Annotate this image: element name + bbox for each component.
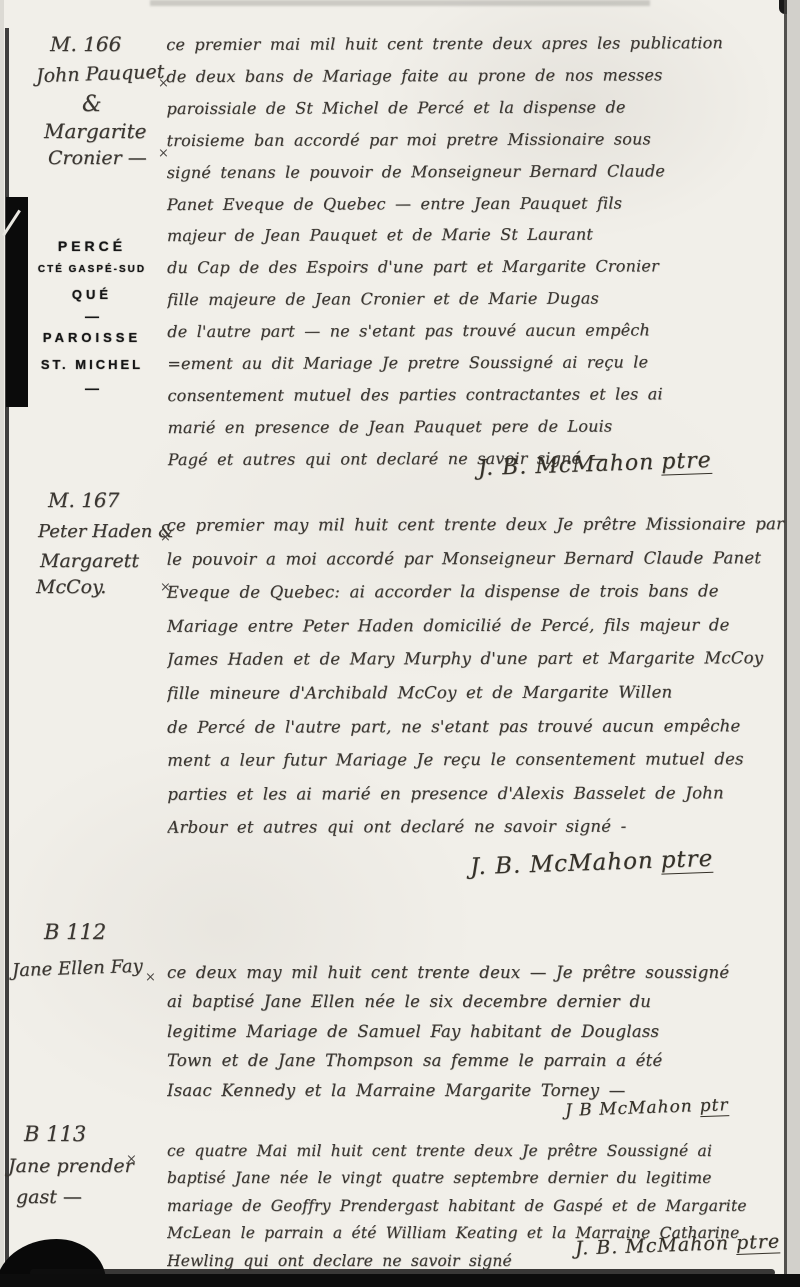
entry-number-m166: M. 166 [50, 32, 121, 56]
margin-child-name-line2: gast — [16, 1186, 82, 1208]
record-body-line: ce premier may mil huit cent trente deux… [167, 507, 787, 542]
signature-title: ptre [660, 846, 713, 875]
record-body-line: Eveque de Quebec: ai accorder la dispens… [167, 574, 787, 609]
record-m167-body: ce premier may mil huit cent trente deux… [167, 507, 788, 845]
stamp-separator: — [16, 308, 168, 324]
record-body-line: marié en presence de Jean Pauquet pere d… [168, 410, 788, 444]
entry-number-b113: B 113 [24, 1122, 86, 1146]
record-body-line: de l'autre part — ne s'etant pas trouvé … [167, 314, 787, 348]
record-body-line: fille mineure d'Archibald McCoy et de Ma… [167, 675, 787, 710]
scan-left-edge-strip [0, 0, 4, 1287]
record-body-line: Panet Eveque de Quebec — entre Jean Pauq… [167, 186, 787, 220]
margin-child-name-line1: Jane prender [8, 1155, 134, 1177]
record-body-line: paroissiale de St Michel de Percé et la … [166, 91, 786, 125]
stamp-parish-word: PAROISSE [16, 330, 168, 345]
scan-bottom-band [0, 1274, 800, 1287]
record-m166-body: ce premier mai mil huit cent trente deux… [166, 27, 788, 476]
margin-child-name: Jane Ellen Fay [12, 956, 143, 982]
margin-groom-name: John Pauquet [36, 61, 165, 87]
margin-bride-name-line1: Margarite [44, 119, 147, 143]
priest-signature: J. B. McMahonptre [470, 846, 714, 880]
record-body-line: legitime Mariage de Samuel Fay habitant … [167, 1017, 787, 1046]
record-body-line: Town et de Jane Thompson sa femme le par… [167, 1046, 787, 1075]
record-body-line: majeur de Jean Pauquet et de Marie St La… [167, 218, 787, 252]
record-body-line: Arbour et autres qui ont declaré ne savo… [167, 810, 787, 845]
record-body-line: ce quatre Mai mil huit cent trente deux … [167, 1138, 787, 1165]
record-body-line: parties et les ai marié en presence d'Al… [167, 776, 787, 811]
record-body-line: mariage de Geoffry Prendergast habitant … [167, 1193, 787, 1220]
register-page-scan: M. 166 John Pauquet × & Margarite Cronie… [0, 0, 800, 1287]
record-b112-body: ce deux may mil huit cent trente deux — … [167, 958, 787, 1105]
record-body-line: ment a leur futur Mariage Je reçu le con… [167, 742, 787, 777]
record-body-line: ce deux may mil huit cent trente deux — … [167, 958, 787, 987]
stamp-separator: — [16, 380, 168, 396]
record-body-line: troisieme ban accordé par moi pretre Mis… [167, 123, 787, 157]
margin-bride-name-line2: Cronier — [48, 147, 147, 169]
record-body-line: du Cap de des Espoirs d'une part et Marg… [167, 250, 787, 284]
record-body-line: baptisé Jane née le vingt quatre septemb… [167, 1165, 787, 1192]
stamp-province: QUÉ [16, 287, 168, 302]
entry-number-m167: M. 167 [48, 488, 119, 512]
record-body-line: de deux bans de Mariage faite au prone d… [166, 59, 786, 93]
signature-name: J. B. McMahon [470, 848, 655, 880]
verification-cross-mark: × [145, 970, 156, 985]
priest-signature: J B McMahonptr [565, 1095, 729, 1121]
record-body-line: fille majeure de Jean Cronier et de Mari… [167, 282, 787, 316]
signature-title: ptre [661, 448, 712, 476]
record-body-line: de Percé de l'autre part, ne s'etant pas… [167, 709, 787, 744]
signature-name: J B McMahon [565, 1096, 693, 1120]
record-body-line: Mariage entre Peter Haden domicilié de P… [167, 608, 787, 643]
record-body-line: ai baptisé Jane Ellen née le six decembr… [167, 987, 787, 1016]
record-body-line: signé tenans le pouvoir de Monseigneur B… [167, 155, 787, 189]
scan-top-smudge [150, 0, 650, 6]
record-body-line: James Haden et de Mary Murphy d'une part… [167, 642, 787, 677]
stamp-place: PERCÉ [16, 238, 168, 254]
record-body-line: ce premier mai mil huit cent trente deux… [166, 27, 786, 61]
entry-number-b112: B 112 [44, 920, 106, 944]
signature-name: J. B. McMahon [478, 450, 655, 481]
margin-bride-name-line2: McCoy. [36, 576, 106, 598]
margin-bride-name-line1: Margarett [40, 550, 139, 572]
margin-ampersand: & [82, 92, 102, 117]
record-body-line: le pouvoir a moi accordé par Monseigneur… [167, 541, 787, 576]
margin-groom-name: Peter Haden & [38, 521, 174, 542]
record-body-line: =ement au dit Mariage Je pretre Soussign… [167, 346, 787, 380]
signature-title: ptr [699, 1095, 729, 1117]
stamp-county: CTÉ GASPÉ-SUD [16, 264, 168, 275]
signature-title: ptre [736, 1230, 781, 1255]
record-body-line: consentement mutuel des parties contract… [167, 378, 787, 412]
verification-cross-mark: × [126, 1152, 137, 1167]
scan-right-edge-strip [787, 0, 800, 1287]
stamp-parish-name: ST. MICHEL [16, 357, 168, 372]
parish-stamp: PERCÉ CTÉ GASPÉ-SUD QUÉ — PAROISSE ST. M… [16, 238, 168, 402]
